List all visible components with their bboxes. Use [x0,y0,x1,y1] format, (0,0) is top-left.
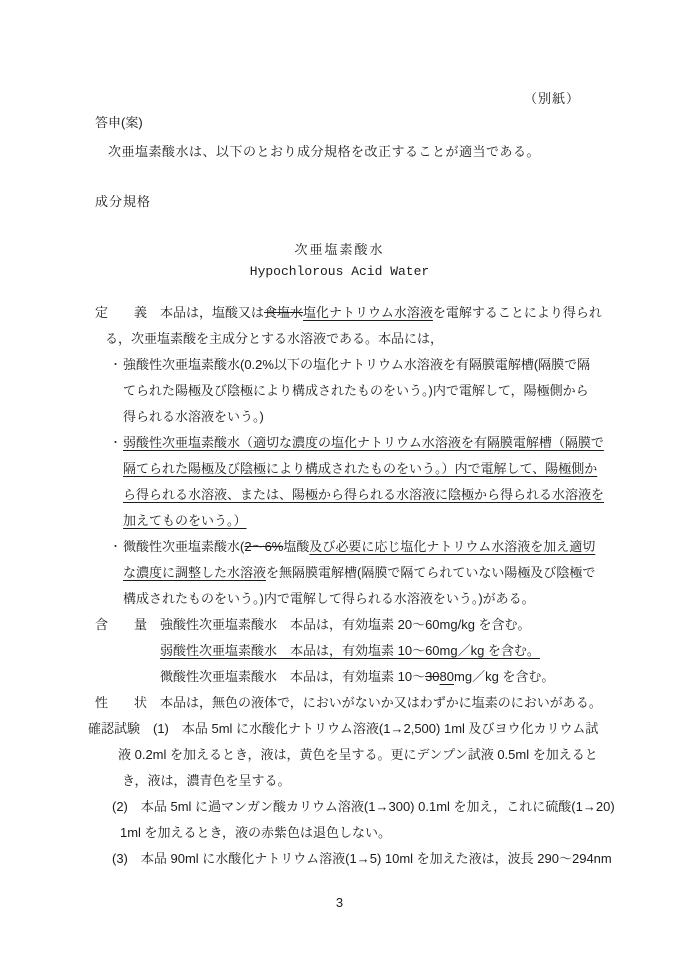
text-line: 含 量 強酸性次亜塩素酸水 本品は，有効塩素 20～60mg/kg を含む。 [88,612,648,638]
text-line: 構成されたものをいう。)内で電解して得られる水溶液をいう。)がある。 [88,586,648,612]
text-segment: ら得られる水溶液、または、陽極から得られる水溶液に陰極から得られる水溶液を [123,487,604,502]
text-line: ・微酸性次亜塩素酸水(2～6%塩酸及び必要に応じ塩化ナトリウム水溶液を加え適切 [88,534,648,560]
document-title-japanese: 次亜塩素酸水 [0,239,679,258]
text-line: (2) 本品 5ml に過マンガン酸カリウム溶液(1→300) 0.1ml を加… [88,794,648,820]
text-segment: 塩化ナトリウム水溶液 [303,305,433,320]
text-segment: 80 [440,669,454,684]
text-segment: 構成されたものをいう。)内で電解して得られる水溶液をいう。)がある。 [123,591,535,606]
text-line: (3) 本品 90ml に水酸化ナトリウム溶液(1→5) 10ml を加えた液は… [88,846,648,872]
text-line: る，次亜塩素酸を主成分とする水溶液である。本品には， [88,326,648,352]
text-segment: 確認試験 (1) 本品 5ml に水酸化ナトリウム溶液(1→2,500) 1ml… [88,721,598,736]
text-line: ら得られる水溶液、または、陽極から得られる水溶液に陰極から得られる水溶液を [88,482,648,508]
text-segment: 得られる水溶液をいう。) [123,409,264,424]
text-line: な濃度に調整した水溶液を無隔膜電解槽(隔膜で隔てられていない陽極及び陰極で [88,560,648,586]
bullet-marker: ・ [110,534,123,560]
text-line: 隔てられた陽極及び陰極により構成されたものをいう。）内で電解して、陽極側か [88,456,648,482]
text-line: 液 0.2ml を加えるとき，液は，黄色を呈する。更にデンプン試液 0.5ml … [88,742,648,768]
document-title-english: Hypochlorous Acid Water [0,264,679,279]
text-line: 定 義 本品は，塩酸又は食塩水塩化ナトリウム水溶液を電解することにより得られ [88,300,648,326]
text-segment: 弱酸性次亜塩素酸水 本品は，有効塩素 10～60mg／kg を含む。 [160,643,540,658]
text-segment: 2～6% [244,539,283,554]
text-segment: 30 [425,669,439,684]
text-segment: 弱酸性次亜塩素酸水（適切な濃度の塩化ナトリウム水溶液を有隔膜電解槽（隔膜で [123,435,604,450]
text-segment: mg／kg を含む。 [454,669,554,684]
text-segment: 強酸性次亜塩素酸水(0.2%以下の塩化ナトリウム水溶液を有隔膜電解槽(隔膜で隔 [123,357,590,372]
text-segment: な濃度に調整した水溶液 [123,565,266,580]
text-segment: 及び必要に応じ塩化ナトリウム水溶液を加え適切 [309,539,595,554]
text-line: ・強酸性次亜塩素酸水(0.2%以下の塩化ナトリウム水溶液を有隔膜電解槽(隔膜で隔 [88,352,648,378]
text-line: 弱酸性次亜塩素酸水 本品は，有効塩素 10～60mg／kg を含む。 [88,638,648,664]
text-segment: る，次亜塩素酸を主成分とする水溶液である。本品には， [105,331,443,346]
page-number: 3 [0,895,679,910]
text-segment: てられた陽極及び陰極により構成されたものをいう。)内で電解して，陽極側から [123,383,589,398]
text-segment: を無隔膜電解槽(隔膜で隔てられていない陽極及び陰極で [266,565,595,580]
text-line: 1ml を加えるとき，液の赤紫色は退色しない。 [88,820,648,846]
text-segment: (2) 本品 5ml に過マンガン酸カリウム溶液(1→300) 0.1ml を加… [112,799,615,814]
bullet-marker: ・ [110,352,123,378]
document-page: （別紙） 答申(案) 次亜塩素酸水は、以下のとおり成分規格を改正することが適当で… [0,0,679,960]
text-line: 確認試験 (1) 本品 5ml に水酸化ナトリウム溶液(1→2,500) 1ml… [88,716,648,742]
section-heading: 成分規格 [95,191,151,210]
text-line: き，液は，濃青色を呈する。 [88,768,648,794]
text-line: 微酸性次亜塩素酸水 本品は，有効塩素 10～3080mg／kg を含む。 [88,664,648,690]
text-segment: き，液は，濃青色を呈する。 [122,773,290,788]
text-line: てられた陽極及び陰極により構成されたものをいう。)内で電解して，陽極側から [88,378,648,404]
text-segment: 1ml を加えるとき，液の赤紫色は退色しない。 [120,825,391,840]
text-segment: (3) 本品 90ml に水酸化ナトリウム溶液(1→5) 10ml を加えた液は… [112,851,612,866]
text-segment: 食塩水 [264,305,303,320]
text-segment: 加えてものをいう。） [123,513,247,528]
text-segment: 性 状 本品は，無色の液体で，においがないか又はわずかに塩素のにおいがある。 [95,695,602,710]
intro-paragraph: 次亜塩素酸水は、以下のとおり成分規格を改正することが適当である。 [108,141,540,160]
text-line: 性 状 本品は，無色の液体で，においがないか又はわずかに塩素のにおいがある。 [88,690,648,716]
text-segment: 塩酸 [283,539,309,554]
text-line: 得られる水溶液をいう。) [88,404,648,430]
text-segment: を電解することにより得られ [433,305,602,320]
text-segment: 含 量 強酸性次亜塩素酸水 本品は，有効塩素 20～60mg/kg を含む。 [95,617,531,632]
corner-note: （別紙） [524,88,580,107]
text-segment: 液 0.2ml を加えるとき，液は，黄色を呈する。更にデンプン試液 0.5ml … [118,747,598,762]
text-segment: 微酸性次亜塩素酸水( [123,539,244,554]
text-line: ・弱酸性次亜塩素酸水（適切な濃度の塩化ナトリウム水溶液を有隔膜電解槽（隔膜で [88,430,648,456]
bullet-marker: ・ [110,430,123,456]
text-segment: 微酸性次亜塩素酸水 本品は，有効塩素 10～ [160,669,425,684]
text-segment: 隔てられた陽極及び陰極により構成されたものをいう。）内で電解して、陽極側か [123,461,597,476]
draft-label: 答申(案) [95,112,143,131]
text-line: 加えてものをいう。） [88,508,648,534]
text-segment: 定 義 本品は，塩酸又は [95,305,264,320]
document-body: 定 義 本品は，塩酸又は食塩水塩化ナトリウム水溶液を電解することにより得られる，… [88,300,648,872]
